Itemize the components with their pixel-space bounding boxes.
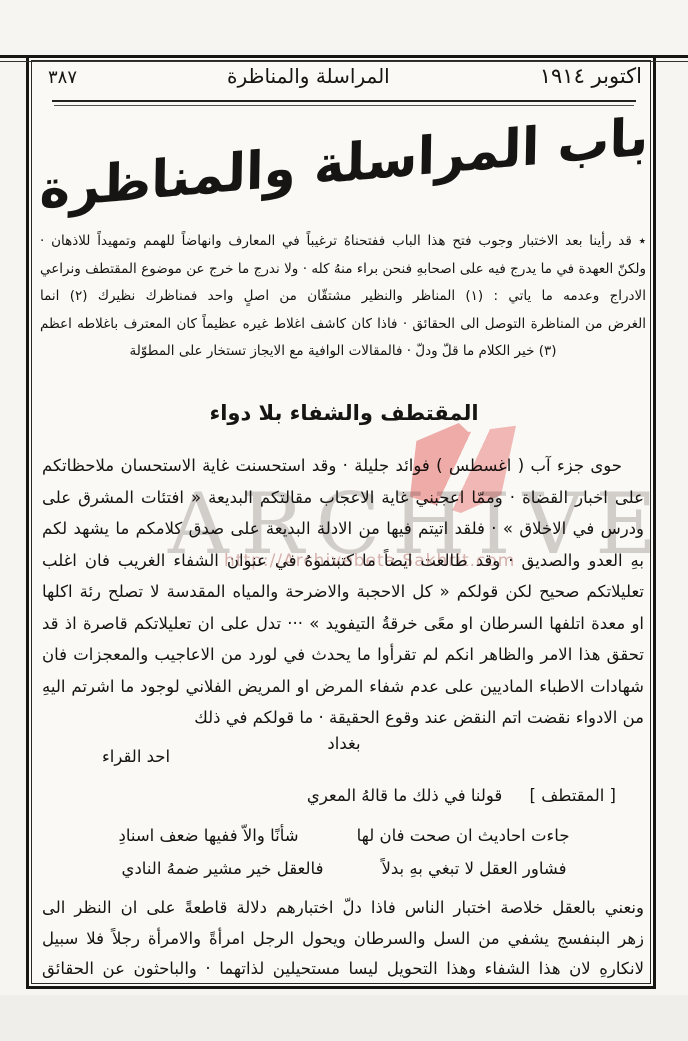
top-rule bbox=[0, 55, 688, 58]
editorial-intro: ٭ قد رأينا بعد الاختبار وجوب فتح هذا الب… bbox=[40, 228, 646, 366]
top-rule-thin bbox=[0, 61, 688, 62]
letter-line: تحقق هذا الامر والظاهر انكم لم تقرأوا ما… bbox=[42, 639, 644, 671]
closing-line: زهر البنفسج يشفي من السل والسرطان ويحول … bbox=[42, 924, 644, 955]
letter-body: حوى جزء آب ( اغسطس ) فوائد جليلة · وقد ا… bbox=[42, 450, 644, 734]
intro-line: الادراج وعدمه ما ياتي : (١) المناظر والن… bbox=[40, 283, 646, 311]
poetry-verse: جاءت احاديث ان صحت فان لها شأنًا والاّ ف… bbox=[0, 822, 688, 850]
page-number: ٣٨٧ bbox=[48, 67, 77, 88]
intro-line: (٣) خير الكلام ما قلّ ودلّ · فالمقالات ا… bbox=[40, 338, 646, 366]
hemistich-first: فشاور العقل لا تبغي بهِ بدلاً bbox=[381, 855, 566, 883]
editor-reply: [ المقتطف ] قولنا في ذلك ما قالهُ المعري bbox=[307, 786, 616, 805]
hemistich-second: شأنًا والاّ ففيها ضعف اسنادِ bbox=[118, 822, 298, 850]
poetry-verse: فشاور العقل لا تبغي بهِ بدلاً فالعقل خير… bbox=[0, 855, 688, 883]
letter-line: بهِ العدو والصديق · وقد طالعت ايضاً ما ك… bbox=[42, 545, 644, 577]
running-head: اكتوبر ١٩١٤ المراسلة والمناظرة ٣٨٧ bbox=[48, 64, 642, 88]
letter-line: على اخبار القضاة · وممّا اعجبني غاية الا… bbox=[42, 482, 644, 514]
closing-paragraph: ونعني بالعقل خلاصة اختبار الناس فاذا دلّ… bbox=[42, 893, 644, 985]
intro-line: ٭ قد رأينا بعد الاختبار وجوب فتح هذا الب… bbox=[40, 228, 646, 256]
letter-line: ودرس في الاخلاق » · فلقد اتيتم فيها من ا… bbox=[42, 513, 644, 545]
letter-line: تعليلاتكم صحيح لكن قولكم « كل الاحجبة وا… bbox=[42, 576, 644, 608]
letter-line: من الادواء نقضت اتم النقض عند وقوع الحقي… bbox=[42, 702, 644, 734]
signature-author: احد القراء bbox=[102, 747, 170, 766]
article-heading: المقتطف والشفاء بلا دواء bbox=[0, 401, 688, 425]
scan-margin bbox=[0, 995, 688, 1041]
letter-line: او معدة اتلفها السرطان او معًى خرقةُ الت… bbox=[42, 608, 644, 640]
scanned-magazine-page: اكتوبر ١٩١٤ المراسلة والمناظرة ٣٨٧ باب ا… bbox=[0, 0, 688, 1041]
closing-line: لانكارهِ لان هذا الشفاء وهذا التحويل ليس… bbox=[42, 954, 644, 985]
letter-line: حوى جزء آب ( اغسطس ) فوائد جليلة · وقد ا… bbox=[42, 450, 644, 482]
section-running-title: المراسلة والمناظرة bbox=[227, 64, 390, 88]
issue-date: اكتوبر ١٩١٤ bbox=[540, 64, 642, 88]
hemistich-second: فالعقل خير مشير ضمهُ النادي bbox=[122, 855, 324, 883]
intro-line: الغرض من المناظرة التوصل الى الحقائق · ف… bbox=[40, 311, 646, 339]
reply-label: [ المقتطف ] bbox=[530, 786, 616, 805]
reply-text: قولنا في ذلك ما قالهُ المعري bbox=[307, 786, 502, 805]
hemistich-first: جاءت احاديث ان صحت فان لها bbox=[357, 822, 570, 850]
letter-line: شهادات الاطباء الماديين على عدم شفاء الم… bbox=[42, 671, 644, 703]
intro-line: ولكنّ العهدة في ما يدرج فيه على اصحابهِ … bbox=[40, 256, 646, 284]
closing-line: ونعني بالعقل خلاصة اختبار الناس فاذا دلّ… bbox=[42, 893, 644, 924]
